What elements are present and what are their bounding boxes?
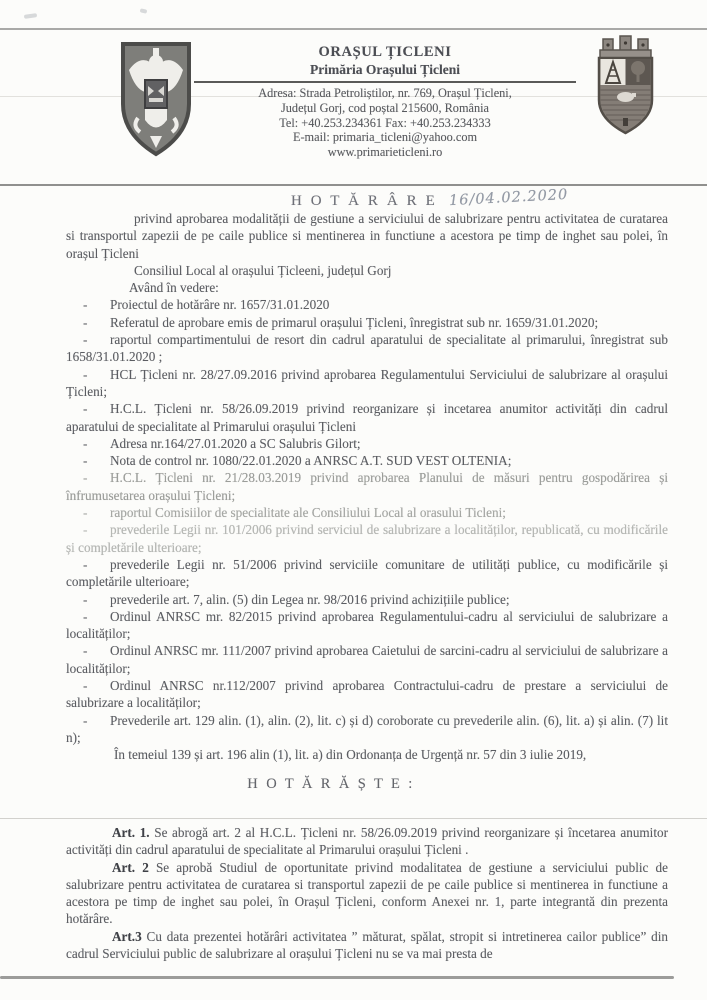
- handwritten-decision-number: 16/04.02.2020: [449, 187, 569, 209]
- considerent-item: -Ordinul ANRSC mr. 82/2015 privind aprob…: [66, 608, 668, 643]
- bullet-dash: -: [83, 712, 110, 729]
- article-3: Art.3 Cu data prezentei hotărâri activit…: [66, 928, 668, 963]
- bullet-dash: -: [83, 435, 110, 452]
- issuer-line: Consiliul Local al orașului Țicleeni, ju…: [66, 262, 668, 279]
- considerent-item: -H.C.L. Țicleni nr. 21/28.03.2019 privin…: [66, 469, 668, 504]
- article-2-text: Se aprobă Studiul de oportunitate privin…: [66, 860, 668, 927]
- considerent-item: -Ordinul ANRSC mr. 111/2007 privind apro…: [66, 642, 668, 677]
- having-in-view-label: Având în vedere:: [66, 279, 668, 296]
- considerent-text: Ordinul ANRSC nr.112/2007 privind aproba…: [66, 678, 668, 710]
- considerent-item: -prevederile Legii nr. 101/2006 privind …: [66, 521, 668, 556]
- considerent-item: -Ordinul ANRSC nr.112/2007 privind aprob…: [66, 677, 668, 712]
- considerent-text: prevederile art. 7, alin. (5) din Legea …: [110, 592, 510, 607]
- bullet-dash: -: [83, 677, 110, 694]
- legal-basis-line: În temeiul 139 și art. 196 alin (1), lit…: [66, 746, 668, 763]
- considerent-item: -Prevederile art. 129 alin. (1), alin. (…: [66, 712, 668, 747]
- considerent-item: -raportul Comisiilor de specialitate ale…: [66, 504, 668, 521]
- bullet-dash: -: [83, 591, 110, 608]
- considerent-text: Adresa nr.164/27.01.2020 a SC Salubris G…: [110, 436, 361, 451]
- considerent-text: Referatul de aprobare emis de primarul o…: [110, 315, 598, 330]
- org-subtitle: Primăria Orașului Țicleni: [208, 62, 562, 78]
- ink-speck: [140, 8, 148, 14]
- bullet-dash: -: [83, 331, 110, 348]
- website-line: www.primarieticleni.ro: [208, 145, 562, 160]
- scan-artifact-line-bottom: [0, 976, 674, 979]
- considerent-text: Ordinul ANRSC mr. 82/2015 privind aproba…: [66, 609, 668, 641]
- address-line-1: Adresa: Strada Petroliștilor, nr. 769, O…: [208, 86, 562, 101]
- decision-subject: privind aprobarea modalității de gestiun…: [66, 210, 668, 262]
- article-1: Art. 1. Se abrogă art. 2 al H.C.L. Țicle…: [66, 824, 668, 859]
- scan-artifact-line-top: [0, 28, 707, 30]
- bullet-dash: -: [83, 314, 110, 331]
- address-line-2: Județul Gorj, cod poștal 215600, România: [208, 101, 562, 116]
- article-1-text: Se abrogă art. 2 al H.C.L. Țicleni nr. 5…: [66, 825, 668, 857]
- considerent-text: HCL Țicleni nr. 28/27.09.2016 privind ap…: [66, 367, 668, 399]
- considerent-text: H.C.L. Țicleni nr. 21/28.03.2019 privind…: [66, 470, 668, 502]
- considerent-text: Ordinul ANRSC mr. 111/2007 privind aprob…: [66, 643, 668, 675]
- article-2: Art. 2 Se aprobă Studiul de oportunitate…: [66, 859, 668, 928]
- bullet-dash: -: [83, 400, 110, 417]
- article-3-label: Art.3: [112, 929, 142, 944]
- considerent-text: raportul Comisiilor de specialitate ale …: [110, 505, 506, 520]
- considerent-item: -H.C.L. Țicleni nr. 58/26.09.2019 privin…: [66, 400, 668, 435]
- bullet-dash: -: [83, 521, 110, 538]
- article-1-label: Art. 1.: [112, 825, 150, 840]
- considerent-item: -HCL Țicleni nr. 28/27.09.2016 privind a…: [66, 366, 668, 401]
- ticleni-coat-of-arms-icon: [588, 34, 664, 142]
- letterhead: ORAȘUL ȚICLENI Primăria Orașului Țicleni…: [208, 44, 562, 160]
- considerent-item: -prevederile art. 7, alin. (5) din Legea…: [66, 591, 668, 608]
- considerent-item: -raportul compartimentului de resort din…: [66, 331, 668, 366]
- considerent-text: Prevederile art. 129 alin. (1), alin. (2…: [66, 713, 668, 745]
- considerent-item: -Referatul de aprobare emis de primarul …: [66, 314, 668, 331]
- considerent-text: prevederile Legii nr. 51/2006 privind se…: [66, 557, 668, 589]
- bullet-dash: -: [83, 504, 110, 521]
- decision-title: H O T Ă R Â R E: [291, 193, 437, 210]
- bullet-dash: -: [83, 642, 110, 659]
- phone-fax-line: Tel: +40.253.234361 Fax: +40.253.234333: [208, 116, 562, 131]
- bullet-dash: -: [83, 556, 110, 573]
- articles-section: Art. 1. Se abrogă art. 2 al H.C.L. Țicle…: [66, 824, 668, 962]
- bullet-dash: -: [83, 608, 110, 625]
- scanned-decision-document: ORAȘUL ȚICLENI Primăria Orașului Țicleni…: [0, 0, 707, 1000]
- preamble: privind aprobarea modalității de gestiun…: [66, 210, 668, 764]
- considerent-text: Nota de control nr. 1080/22.01.2020 a AN…: [110, 453, 511, 468]
- ink-speck: [24, 13, 37, 19]
- considerent-text: raportul compartimentului de resort din …: [66, 332, 668, 364]
- header-separator-line: [0, 184, 707, 186]
- org-name: ORAȘUL ȚICLENI: [208, 44, 562, 61]
- romania-coat-of-arms-icon: [116, 40, 196, 162]
- considerent-item: -Nota de control nr. 1080/22.01.2020 a A…: [66, 452, 668, 469]
- email-line: E-mail: primaria_ticleni@yahoo.com: [208, 130, 562, 145]
- decides-heading: H O T Ă R Ă Ș T E :: [0, 776, 662, 793]
- letterhead-rule: [194, 81, 576, 83]
- article-3-text: Cu data prezentei hotărâri activitatea ”…: [66, 929, 668, 961]
- bullet-dash: -: [83, 469, 110, 486]
- bullet-dash: -: [83, 296, 110, 313]
- considerent-item: -prevederile Legii nr. 51/2006 privind s…: [66, 556, 668, 591]
- considerent-item: -Proiectul de hotărâre nr. 1657/31.01.20…: [66, 296, 668, 313]
- bullet-dash: -: [83, 366, 110, 383]
- considerent-text: prevederile Legii nr. 101/2006 privind s…: [66, 522, 668, 554]
- bullet-dash: -: [83, 452, 110, 469]
- considerent-item: -Adresa nr.164/27.01.2020 a SC Salubris …: [66, 435, 668, 452]
- considerent-text: Proiectul de hotărâre nr. 1657/31.01.202…: [110, 297, 329, 312]
- article-2-label: Art. 2: [112, 860, 149, 875]
- considerent-text: H.C.L. Țicleni nr. 58/26.09.2019 privind…: [66, 401, 668, 433]
- scan-artifact-line-middle: [0, 818, 707, 819]
